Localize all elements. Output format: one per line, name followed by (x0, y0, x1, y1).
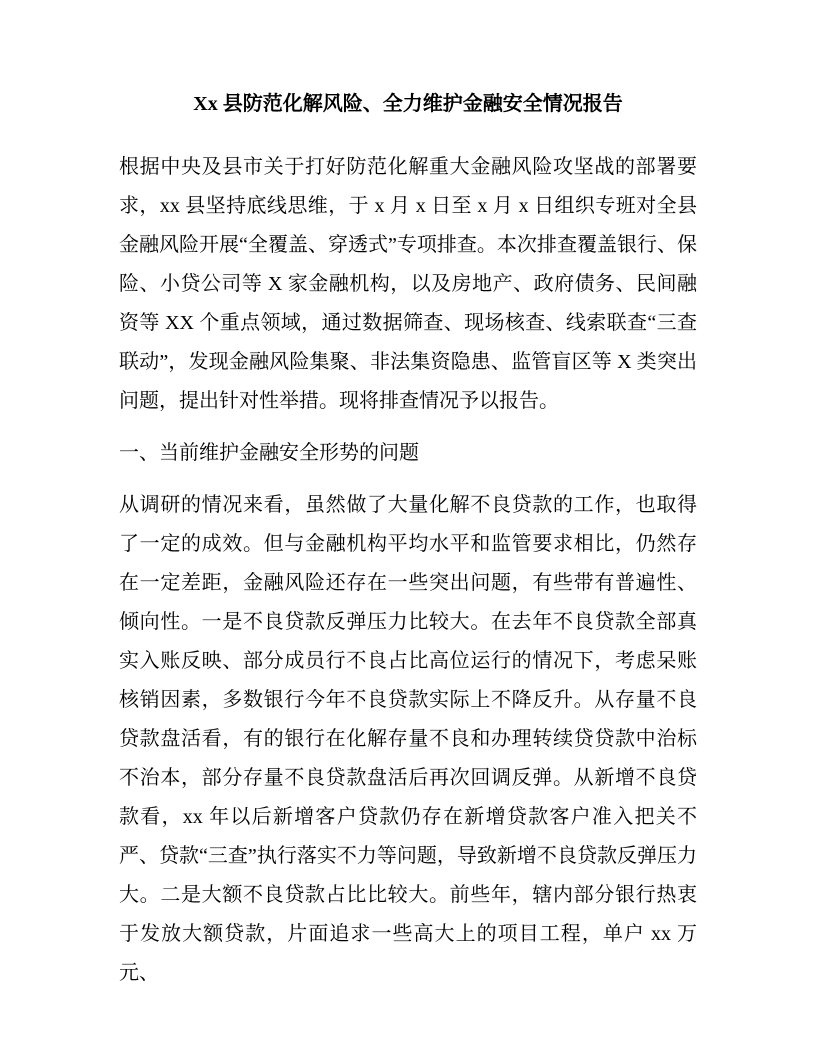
document-page: Xx 县防范化解风险、全力维护金融安全情况报告 根据中央及县市关于打好防范化解重… (0, 0, 816, 1056)
paragraph-intro: 根据中央及县市关于打好防范化解重大金融风险攻坚战的部署要求，xx 县坚持底线思维… (119, 148, 697, 421)
document-title: Xx 县防范化解风险、全力维护金融安全情况报告 (119, 85, 697, 124)
section-heading-1: 一、当前维护金融安全形势的问题 (119, 434, 697, 473)
paragraph-current-problems: 从调研的情况来看，虽然做了大量化解不良贷款的工作，也取得了一定的成效。但与金融机… (119, 486, 697, 993)
